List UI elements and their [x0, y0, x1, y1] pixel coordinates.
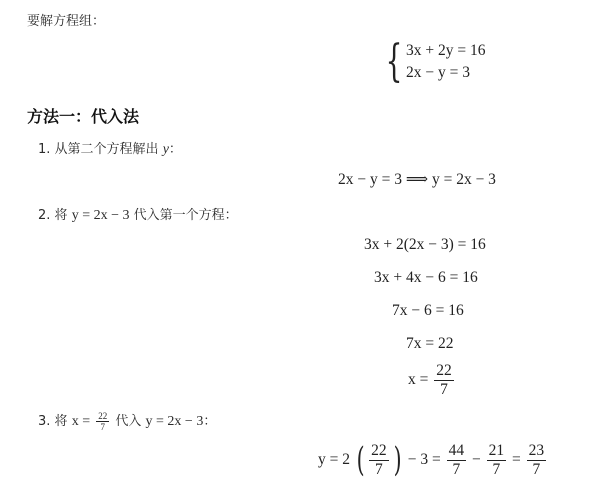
- left-paren-icon: (: [357, 443, 365, 477]
- method1-title: 方法一：代入法: [27, 104, 139, 127]
- step2-label: 2. 将 y = 2x − 3 代入第一个方程：: [38, 204, 238, 224]
- equation-system: { 3x + 2y = 16 2x − y = 3: [380, 40, 485, 84]
- step2-eq1: 3x + 2(2x − 3) = 16: [364, 236, 486, 254]
- system-eq1: 3x + 2y = 16: [406, 40, 485, 62]
- step3-result: y = 2 (227) − 3 = 447 − 217 = 237: [318, 442, 548, 479]
- intro-text: 要解方程组：: [27, 10, 105, 29]
- step2-eq4: 7x = 22: [406, 335, 454, 353]
- left-brace-icon: {: [386, 40, 403, 84]
- step1-label: 1. 从第二个方程解出 y：: [38, 138, 182, 158]
- step2-eq3: 7x − 6 = 16: [392, 302, 464, 320]
- system-eq2: 2x − y = 3: [406, 62, 485, 84]
- step3-label: 3. 将 x = 227 代入 y = 2x − 3：: [38, 410, 216, 432]
- step2-eq2: 3x + 4x − 6 = 16: [374, 269, 478, 287]
- step2-final: x = 227: [408, 362, 456, 399]
- step1-equation: 2x − y = 3 ⟹ y = 2x − 3: [338, 170, 496, 189]
- right-paren-icon: ): [393, 443, 401, 477]
